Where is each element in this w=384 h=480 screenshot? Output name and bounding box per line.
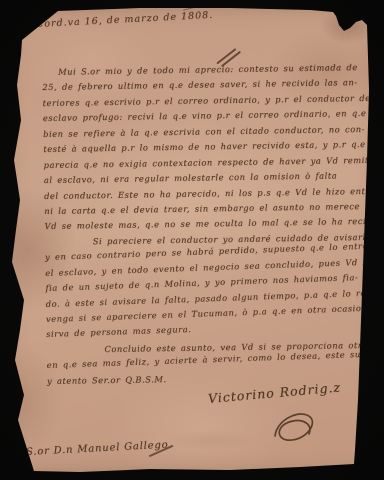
addressee-line: S.or D.n Manuel Gallego xyxy=(26,440,169,458)
signature-rubric-icon xyxy=(263,404,325,448)
letter-dateline: Cord.va 16, de marzo de 1808. xyxy=(36,10,214,30)
letter-body: Mui S.or mio y de todo mi aprecio: conte… xyxy=(42,62,371,391)
letter-scan-scene: Cord.va 16, de marzo de 1808. Mui S.or m… xyxy=(0,0,384,480)
letter-paper-sheet: Cord.va 16, de marzo de 1808. Mui S.or m… xyxy=(0,0,384,480)
